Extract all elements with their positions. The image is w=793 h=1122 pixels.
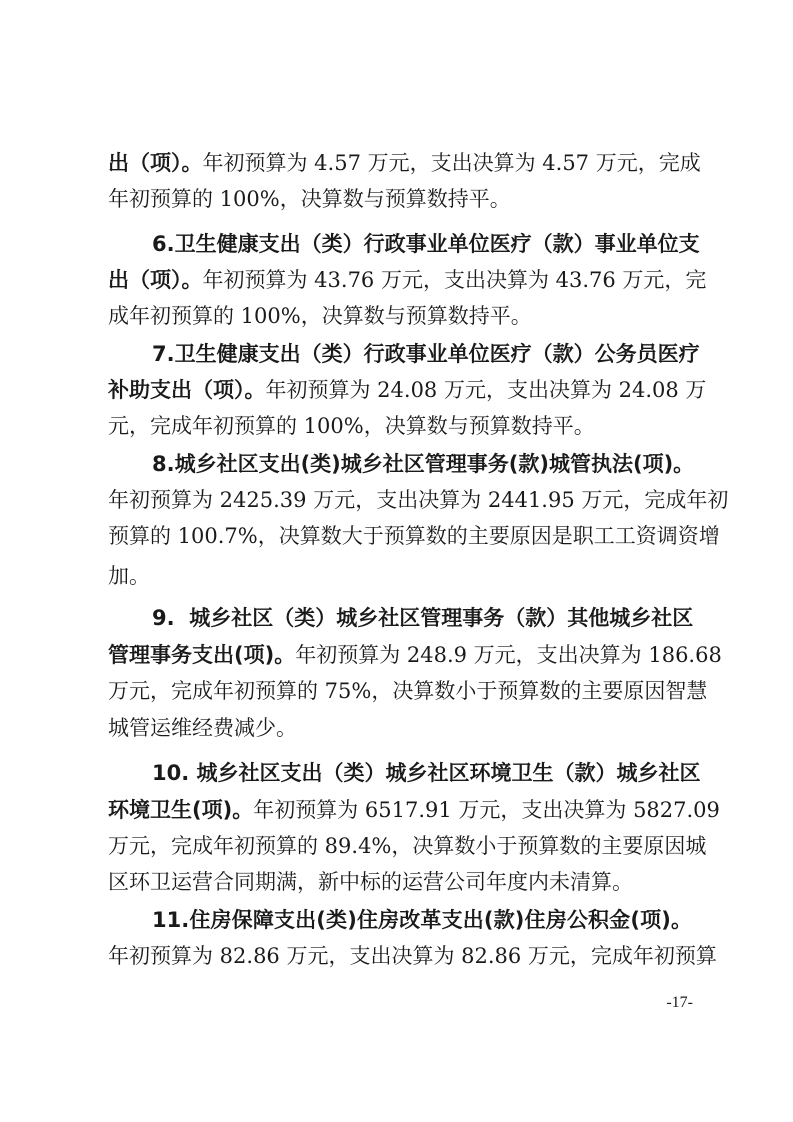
item-body: 年初预算为 4.57 万元，支出决算为 4.57 万元，完成 (203, 151, 701, 175)
paragraph-10-line-3: 万元，完成年初预算的 89.4%，决算数小于预算数的主要原因城 (108, 831, 692, 861)
item-body: 年初预算为 248.9 万元，支出决算为 186.68 (295, 643, 722, 667)
paragraph-9-line-1: 9. 城乡社区（类）城乡社区管理事务（款）其他城乡社区 (152, 603, 692, 633)
item-body: 城管运维经费减少。 (108, 716, 297, 740)
item-body: 年初预算为 2425.39 万元，支出决算为 2441.95 万元，完成年初 (108, 488, 728, 512)
item-body: 年初预算为 82.86 万元，支出决算为 82.86 万元，完成年初预算 (108, 944, 717, 968)
paragraph-6-line-2: 出（项）。年初预算为 43.76 万元，支出决算为 43.76 万元，完 (108, 265, 692, 295)
item-heading: 9. 城乡社区（类）城乡社区管理事务（款）其他城乡社区 (152, 606, 693, 630)
page-number: -17- (666, 992, 693, 1014)
item-body: 区环卫运营合同期满，新中标的运营公司年度内未清算。 (108, 870, 633, 894)
item-body: 万元，完成年初预算的 75%，决算数小于预算数的主要原因智慧 (108, 679, 707, 703)
paragraph-9-line-2: 管理事务支出(项)。年初预算为 248.9 万元，支出决算为 186.68 (108, 640, 692, 670)
paragraph-10-line-1: 10. 城乡社区支出（类）城乡社区环境卫生（款）城乡社区 (152, 758, 692, 788)
document-page: 出（项）。年初预算为 4.57 万元，支出决算为 4.57 万元，完成 年初预算… (0, 0, 793, 1122)
paragraph-8-line-1: 8.城乡社区支出(类)城乡社区管理事务(款)城管执法(项)。 (152, 449, 692, 479)
item-heading: 6.卫生健康支出（类）行政事业单位医疗（款）事业单位支 (152, 232, 700, 256)
item-body: 万元，完成年初预算的 89.4%，决算数小于预算数的主要原因城 (108, 834, 706, 858)
item-heading: 7.卫生健康支出（类）行政事业单位医疗（款）公务员医疗 (152, 342, 700, 366)
paragraph-9-line-4: 城管运维经费减少。 (108, 713, 692, 743)
item-body: 年初预算为 43.76 万元，支出决算为 43.76 万元，完 (203, 268, 707, 292)
item-heading: 10. 城乡社区支出（类）城乡社区环境卫生（款）城乡社区 (152, 761, 701, 785)
paragraph-7-line-3: 元，完成年初预算的 100%，决算数与预算数持平。 (108, 411, 692, 441)
item-heading: 11.住房保障支出(类)住房改革支出(款)住房公积金(项)。 (152, 908, 692, 932)
paragraph-9-line-3: 万元，完成年初预算的 75%，决算数小于预算数的主要原因智慧 (108, 676, 692, 706)
paragraph-10-line-2: 环境卫生(项)。年初预算为 6517.91 万元，支出决算为 5827.09 (108, 795, 692, 825)
paragraph-6-line-3: 成年初预算的 100%，决算数与预算数持平。 (108, 301, 692, 331)
paragraph-7-line-2: 补助支出（项）。年初预算为 24.08 万元，支出决算为 24.08 万 (108, 375, 692, 405)
paragraph-8-line-3: 预算的 100.7%，决算数大于预算数的主要原因是职工工资调资增 (108, 521, 692, 551)
item-body: 预算的 100.7%，决算数大于预算数的主要原因是职工工资调资增 (108, 524, 720, 548)
paragraph-5-line-2: 出（项）。年初预算为 4.57 万元，支出决算为 4.57 万元，完成 (108, 148, 692, 178)
paragraph-11-line-1: 11.住房保障支出(类)住房改革支出(款)住房公积金(项)。 (152, 905, 692, 935)
item-heading: 补助支出（项）。 (108, 378, 266, 402)
item-heading: 出（项）。 (108, 151, 203, 175)
item-body: 年初预算为 6517.91 万元，支出决算为 5827.09 (253, 798, 720, 822)
paragraph-6-line-1: 6.卫生健康支出（类）行政事业单位医疗（款）事业单位支 (152, 229, 692, 259)
paragraph-5-line-3: 年初预算的 100%，决算数与预算数持平。 (108, 184, 692, 214)
item-body: 加。 (108, 564, 150, 588)
item-heading: 环境卫生(项)。 (108, 798, 253, 822)
paragraph-11-line-2: 年初预算为 82.86 万元，支出决算为 82.86 万元，完成年初预算 (108, 941, 692, 971)
paragraph-10-line-4: 区环卫运营合同期满，新中标的运营公司年度内未清算。 (108, 867, 692, 897)
item-body: 年初预算的 100%，决算数与预算数持平。 (108, 187, 511, 211)
item-heading: 出（项）。 (108, 268, 203, 292)
item-body: 成年初预算的 100%，决算数与预算数持平。 (108, 304, 532, 328)
paragraph-8-line-2: 年初预算为 2425.39 万元，支出决算为 2441.95 万元，完成年初 (108, 485, 692, 515)
item-body: 元，完成年初预算的 100%，决算数与预算数持平。 (108, 414, 595, 438)
paragraph-8-line-4: 加。 (108, 561, 692, 591)
item-heading: 管理事务支出(项)。 (108, 643, 295, 667)
paragraph-7-line-1: 7.卫生健康支出（类）行政事业单位医疗（款）公务员医疗 (152, 339, 692, 369)
item-body: 年初预算为 24.08 万元，支出决算为 24.08 万 (266, 378, 707, 402)
item-heading: 8.城乡社区支出(类)城乡社区管理事务(款)城管执法(项)。 (152, 452, 694, 476)
